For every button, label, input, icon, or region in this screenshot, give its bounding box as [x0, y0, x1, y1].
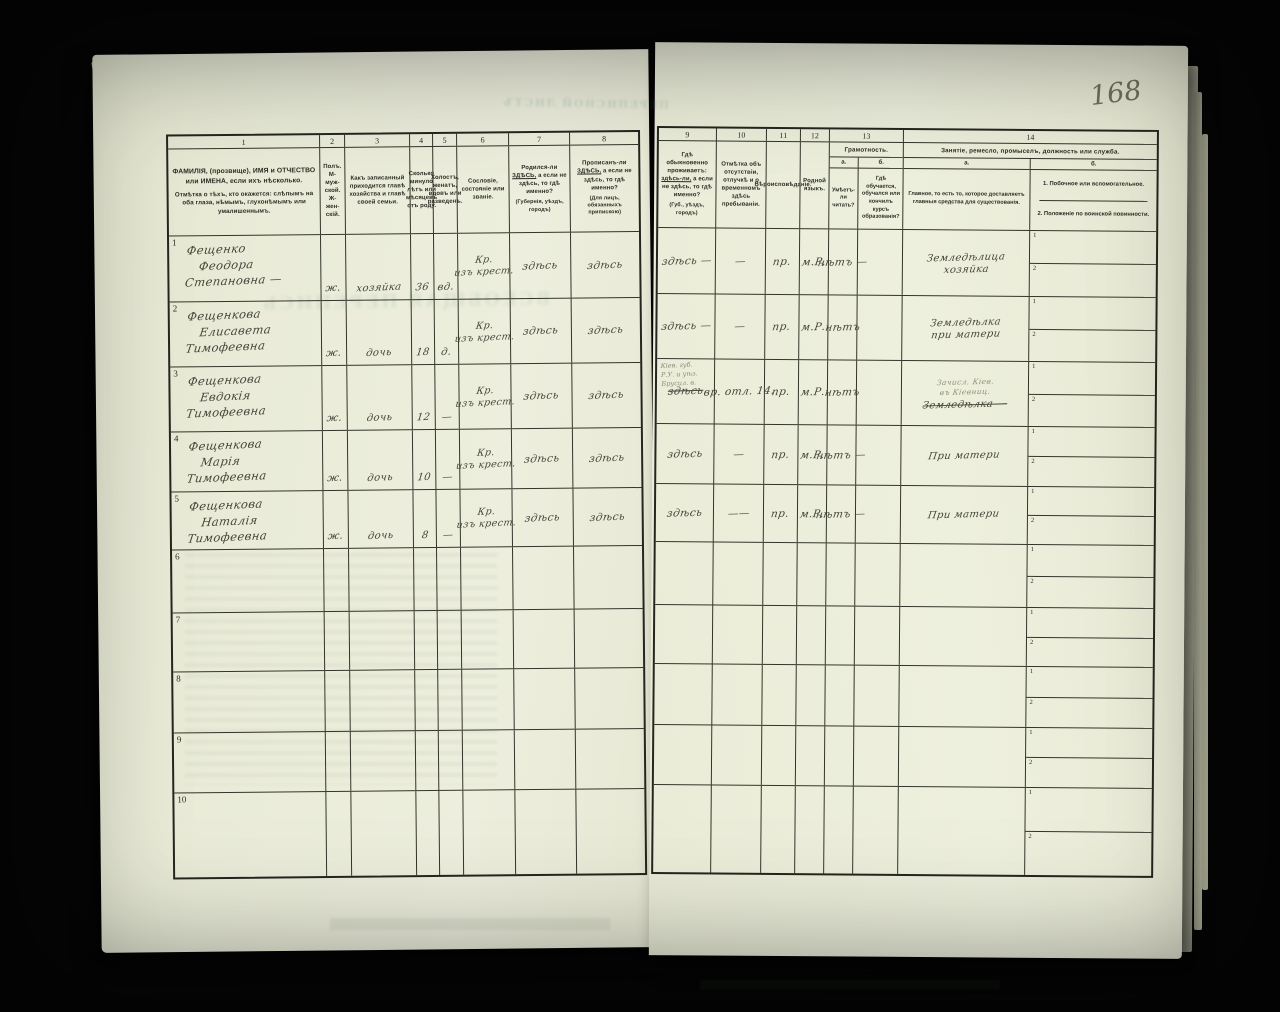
stamp-annotation: Кіев. губ. Р.У. и уѣз. Брусил. в.	[660, 360, 698, 388]
subcell-military-duty: 2	[1026, 758, 1152, 788]
name-handwriting	[173, 612, 324, 622]
cell-occupation-secondary: 1 2	[1028, 427, 1154, 487]
name-handwriting	[172, 549, 323, 559]
cell-age	[416, 791, 440, 875]
surname	[191, 674, 325, 680]
column-header-born-here: Родился-ли ЗДѢСЬ, а если не здѣсь, то гд…	[509, 146, 571, 233]
cell-resides	[653, 785, 712, 872]
col-num: 4	[410, 134, 433, 146]
cell-religion: пр.	[764, 425, 798, 484]
column-header-marital: Холостъ, женатъ, вдовъ или разведенъ.	[433, 147, 458, 233]
column-header-sex: Полъ. М-муж-ской. Ж-жен-скій.	[320, 148, 346, 234]
cell-literacy: нѣтъ —	[827, 425, 856, 484]
column-group-literacy: Грамотность. а. б. Умѣетъ-ли читать? Гдѣ…	[829, 142, 904, 229]
cell-language	[797, 543, 826, 605]
cell-estate: Кр. изъ крест.	[459, 299, 512, 363]
row-number: 2	[173, 303, 178, 313]
given-name	[204, 797, 326, 802]
cell-registered-here	[575, 609, 644, 668]
subcell-military-duty: 2	[1026, 697, 1152, 727]
patronymic	[190, 799, 326, 805]
header-text: Умѣетъ-ли читать?	[829, 168, 858, 228]
cell-religion	[761, 786, 796, 873]
cell-religion	[762, 665, 796, 725]
faint-note: въ Кіевниц.	[939, 386, 991, 396]
surname	[190, 552, 324, 558]
name-handwriting: Фещенкова Марія Тимофеевна	[171, 431, 322, 483]
surname	[190, 615, 324, 621]
cell-sex	[324, 549, 350, 611]
subcell-military-duty: 2	[1027, 576, 1153, 607]
cell-born-here	[514, 610, 576, 669]
cell-name: 10	[174, 792, 327, 877]
cell-age: 12	[412, 365, 436, 429]
cell-relation: дочь	[347, 300, 413, 365]
cell-occupation: Зачисл. Кіев. въ Кіевниц. Земледѣлка —	[902, 361, 1029, 426]
cell-name: 3 Фещенкова Евдокія Тимофеевна	[170, 366, 323, 431]
cell-absence: вр. отл. 14.	[715, 359, 766, 423]
col-num: 5	[433, 134, 457, 146]
patronymic	[190, 739, 326, 745]
cell-age	[415, 670, 439, 730]
stacked-page-edge	[1202, 134, 1208, 890]
folio-number: 168	[1088, 75, 1143, 112]
given-name	[204, 737, 326, 742]
table-row-right: Кіев. губ. Р.У. и уѣз. Брусил. в. здѣсь …	[657, 359, 1155, 428]
cell-occupation	[900, 607, 1027, 666]
table-header-left: 1 2 3 4 5 6 7 8 ФАМИЛІЯ, (прозвище), ИМЯ…	[168, 132, 639, 237]
subcell-side-occupation: 1	[1026, 728, 1152, 759]
cell-sex: ж.	[323, 491, 349, 548]
row-number: 8	[176, 673, 181, 683]
table-row-left: 5 Фещенкова Наталія Тимофеевна ж. дочь 8…	[171, 488, 642, 551]
subcolumn-letters: а. б.	[830, 157, 903, 169]
cell-resides	[654, 725, 712, 784]
table-header-right: 9 10 11 12 13 14 Гдѣ обыкновенно прожива…	[658, 128, 1157, 232]
cell-occupation-secondary: 1 2	[1029, 297, 1155, 362]
cell-relation	[351, 791, 417, 876]
table-row-left: 4 Фещенкова Марія Тимофеевна ж. дочь 10 …	[171, 428, 642, 493]
cell-registered-here: здѣсь	[572, 298, 641, 363]
table-row-right: здѣсь — — пр. м.Р. нѣтъ Земледѣлка при м…	[657, 294, 1155, 363]
cell-literacy: нѣтъ —	[827, 485, 856, 542]
cell-occupation	[899, 727, 1026, 787]
group-title: Грамотность.	[830, 142, 903, 158]
cell-born-here: здѣсь	[512, 489, 574, 547]
subcell-side-occupation: 1	[1029, 297, 1155, 330]
col-num: 9	[659, 128, 717, 140]
table-row-left: 10	[174, 789, 645, 878]
faint-note: Зачисл. Кіев.	[936, 376, 995, 387]
table-body-right: здѣсь — — пр. м.Р. нѣтъ — Земледѣлица хо…	[653, 228, 1156, 876]
cell-absence	[712, 725, 762, 784]
column-group-occupation: Занятіе, ремесло, промыселъ, должность и…	[903, 143, 1157, 231]
header-text: 1. Побочное или вспомогательное.	[1039, 170, 1148, 201]
cell-name: 7	[173, 612, 326, 671]
subcell-side-occupation: 1	[1027, 667, 1153, 698]
cell-estate	[463, 790, 516, 874]
patronymic	[188, 556, 324, 562]
row-number: 3	[173, 368, 178, 378]
header-note: (Губернія, уѣздъ, городъ)	[512, 199, 568, 214]
cell-relation: хозяйка	[346, 234, 412, 300]
cell-language	[795, 786, 825, 873]
name-handwriting: Фещенко Феодора Степановна —	[169, 235, 320, 287]
cell-estate	[462, 669, 515, 729]
table-row-right: 1 2	[655, 605, 1153, 668]
subcol-a: а.	[830, 157, 859, 167]
subcol-b: б.	[859, 158, 904, 168]
cell-religion: пр.	[766, 229, 801, 294]
cell-marital	[439, 791, 464, 875]
name-handwriting: Фещенкова Евдокія Тимофеевна	[170, 366, 321, 418]
subcell-military-duty: 2	[1027, 637, 1153, 666]
table-row-right: 1 2	[654, 725, 1152, 789]
cell-relation	[350, 670, 416, 731]
cell-marital: —	[436, 430, 461, 489]
subcell-military-duty: 2	[1030, 264, 1156, 297]
cell-born-here	[515, 730, 577, 790]
cell-sex: ж.	[323, 431, 349, 490]
census-table-right: 9 10 11 12 13 14 Гдѣ обыкновенно прожива…	[651, 126, 1159, 878]
given-name	[203, 676, 325, 681]
cell-sex	[326, 732, 352, 791]
cell-registered-here	[576, 729, 645, 789]
cell-religion: пр.	[765, 295, 800, 359]
col-num: 11	[767, 129, 801, 141]
cell-marital: —	[436, 490, 461, 547]
cell-relation	[350, 611, 416, 670]
column-header-name: ФАМИЛІЯ, (прозвище), ИМЯ и ОТЧЕСТВО или …	[168, 148, 321, 235]
secondary-occupation-labels: 1. Побочное или вспомогательное. 2. Поло…	[1030, 170, 1156, 231]
given-name	[202, 617, 324, 622]
column-header-relation: Какъ записанный приходится главѣ хозяйст…	[345, 147, 411, 234]
cell-occupation	[898, 787, 1026, 875]
cell-sex: ж.	[322, 366, 348, 430]
cell-occupation: При матери	[901, 426, 1028, 486]
row-number: 7	[176, 614, 181, 624]
name-handwriting	[173, 671, 324, 681]
table-row-right: здѣсь — — пр. м.Р. нѣтъ — Земледѣлица хо…	[658, 228, 1157, 298]
cell-registered-here	[576, 789, 645, 874]
cell-education	[854, 666, 899, 726]
cell-registered-here: здѣсь	[573, 428, 642, 488]
cell-language	[796, 726, 825, 785]
row-number: 6	[175, 551, 180, 561]
cell-estate: Кр. изъ крест.	[458, 233, 511, 298]
cell-absence: —	[716, 228, 767, 293]
cell-religion: пр.	[764, 485, 798, 542]
cell-occupation-secondary: 1 2	[1028, 487, 1154, 545]
subcell-military-duty: 2	[1029, 394, 1155, 426]
cell-name: 6	[172, 549, 325, 612]
header-text: Гдѣ обучается, обучался или кончилъ курс…	[858, 169, 903, 229]
subcol-a: а.	[904, 158, 1031, 169]
bleedthrough-smudge	[700, 980, 1000, 990]
cell-literacy	[826, 606, 855, 664]
cell-born-here: здѣсь	[511, 364, 573, 429]
cell-born-here: здѣсь	[510, 233, 572, 299]
cell-resides: здѣсь	[656, 424, 714, 483]
cell-estate	[462, 610, 515, 668]
surname	[191, 735, 325, 741]
patronymic	[189, 678, 325, 684]
cell-registered-here: здѣсь	[573, 488, 642, 546]
table-body-left: 1 Фещенко Феодора Степановна — ж. хозяйк…	[169, 232, 645, 877]
col-num: 1	[168, 135, 320, 148]
cell-literacy	[824, 786, 854, 873]
cell-occupation-secondary: 1 2	[1027, 608, 1153, 667]
cell-language: м.Р.	[799, 360, 829, 424]
column-labels-row: ФАМИЛІЯ, (прозвище), ИМЯ и ОТЧЕСТВО или …	[168, 145, 639, 236]
col-num: 6	[457, 133, 509, 145]
cell-sex: ж.	[321, 235, 347, 300]
subcell-side-occupation: 1	[1027, 608, 1153, 638]
cell-sex: ж.	[322, 301, 348, 365]
col-num: 7	[509, 133, 570, 146]
cell-marital	[438, 670, 463, 730]
cell-education	[856, 486, 901, 543]
cell-language: м.Р.	[799, 295, 829, 359]
cell-marital	[438, 611, 463, 669]
cell-literacy	[826, 543, 855, 605]
cell-born-here	[513, 547, 575, 610]
cell-estate	[463, 730, 516, 789]
cell-name: 4 Фещенкова Марія Тимофеевна	[171, 431, 324, 491]
cell-name: 2 Фещенкова Елисавета Тимофеевна	[170, 301, 323, 366]
cell-age	[415, 611, 439, 669]
cell-estate	[461, 547, 514, 609]
subcell-military-duty: 2	[1029, 329, 1155, 361]
cell-language	[796, 665, 825, 725]
cell-occupation	[899, 666, 1026, 727]
col-num: 3	[345, 134, 410, 147]
cell-occupation: Земледѣлка при матери	[902, 296, 1029, 361]
cell-language	[797, 606, 826, 664]
cell-occupation	[900, 544, 1027, 607]
row-number: 4	[174, 433, 179, 443]
cell-registered-here: здѣсь	[572, 363, 641, 428]
cell-literacy: нѣтъ	[828, 295, 858, 359]
cell-sex	[326, 792, 352, 876]
header-text: ФАМИЛІЯ, (прозвище), ИМЯ и ОТЧЕСТВО или …	[171, 167, 316, 187]
subcell-side-occupation: 1	[1025, 788, 1151, 833]
cell-marital: вд.	[434, 234, 459, 299]
subcell-military-duty: 2	[1028, 457, 1154, 487]
column-header-language: Родной языкъ.	[800, 142, 830, 228]
header-text: Отмѣтка о тѣхъ, кто окажется: слѣпымъ на…	[172, 190, 317, 217]
cell-occupation-secondary: 1 2	[1026, 667, 1152, 728]
column-header-resides: Гдѣ обыкновенно проживаетъ: здѣсь-ли, а …	[658, 141, 717, 227]
cell-age: 8	[413, 490, 437, 547]
column-header-estate: Сословіе, состояніе или званіе.	[457, 146, 510, 232]
row-number: 1	[172, 237, 177, 247]
name-handwriting	[174, 792, 325, 802]
cell-literacy	[825, 665, 854, 725]
subcolumn-labels: Умѣетъ-ли читать? Гдѣ обучается, обучалс…	[829, 168, 902, 229]
header-note: (Для лицъ, обязанныхъ припискою)	[573, 195, 637, 218]
table-row-left: 2 Фещенкова Елисавета Тимофеевна ж. дочь…	[170, 298, 641, 368]
subcell-side-occupation: 1	[1028, 427, 1154, 458]
cell-age: 10	[413, 430, 437, 489]
photograph-of-census-book: ПЕРЕПИСНОЙ ЛИСТЪ ВСЕОБЩАЯ ПЕРЕПИСЬ 168 1…	[0, 0, 1280, 1012]
table-row-right: 1 2	[655, 542, 1153, 609]
header-text: Полъ. М-муж-ской. Ж-жен-скій.	[322, 163, 343, 220]
subcolumn-labels: Главное, то есть то, которое доставляетъ…	[903, 169, 1156, 231]
cell-registered-here: здѣсь	[571, 232, 640, 298]
name-handwriting: Фещенкова Елисавета Тимофеевна	[170, 301, 321, 353]
cell-religion: пр.	[765, 360, 800, 424]
cell-resides: здѣсь	[656, 484, 714, 541]
col-num: 8	[570, 132, 638, 145]
name-handwriting: Фещенкова Наталія Тимофеевна	[171, 491, 322, 543]
column-header-religion: Вѣроисповѣданіе.	[766, 142, 801, 228]
cell-occupation-secondary: 1 2	[1029, 362, 1155, 427]
table-row-left: 8	[173, 668, 644, 734]
cell-name: 5 Фещенкова Наталія Тимофеевна	[171, 491, 324, 549]
cell-born-here: здѣсь	[511, 299, 573, 364]
table-row-left: 7	[173, 609, 644, 673]
cell-occupation-secondary: 1 2	[1027, 545, 1153, 608]
cell-occupation: При матери	[901, 486, 1028, 544]
header-text: Гдѣ обыкновенно проживаетъ: здѣсь-ли, а …	[660, 151, 713, 200]
cell-registered-here	[575, 668, 644, 729]
subcell-military-duty: 2	[1028, 516, 1154, 545]
cell-education	[856, 426, 901, 485]
cell-absence: —	[714, 424, 764, 483]
row-number: 5	[174, 493, 179, 503]
table-row-right: 1 2	[653, 785, 1152, 876]
cell-literacy: нѣтъ	[828, 360, 858, 424]
cell-absence	[712, 664, 762, 724]
subcell-military-duty: 2	[1025, 832, 1151, 876]
header-text: Родной языкъ.	[802, 177, 826, 193]
cell-name: 1 Фещенко Феодора Степановна —	[169, 235, 322, 301]
cell-sex	[325, 671, 351, 731]
cell-religion	[762, 726, 796, 785]
cell-occupation-secondary: 1 2	[1030, 231, 1157, 297]
given-name	[202, 554, 324, 559]
cell-absence	[713, 542, 763, 604]
census-table-left: 1 2 3 4 5 6 7 8 ФАМИЛІЯ, (прозвище), ИМЯ…	[166, 130, 647, 880]
column-header-registered-here: Прописанъ-ли ЗДѢСЬ, а если не здѣсь, то …	[570, 145, 639, 232]
col-num: 10	[717, 128, 767, 140]
cell-estate: Кр. изъ крест.	[459, 364, 512, 428]
cell-relation	[349, 548, 415, 611]
cell-resides: здѣсь —	[657, 294, 716, 358]
row-number: 10	[177, 794, 186, 804]
cell-marital: д.	[435, 300, 460, 364]
cell-resides	[655, 542, 713, 604]
cell-occupation-secondary: 1 2	[1026, 728, 1152, 788]
cell-age: 36	[411, 234, 435, 299]
subcell-side-occupation: 1	[1027, 545, 1153, 577]
cell-education	[854, 727, 899, 786]
cell-absence	[713, 605, 763, 663]
surname	[192, 795, 326, 801]
stacked-page-edge	[1194, 92, 1202, 930]
cell-resides: здѣсь —	[658, 228, 717, 293]
header-note: (Губ., уѣздъ, городъ)	[660, 203, 713, 218]
header-text: Главное, то есть то, которое доставляетъ…	[903, 169, 1030, 230]
cell-occupation-secondary: 1 2	[1025, 788, 1152, 876]
subcol-b: б.	[1031, 159, 1157, 170]
cell-marital: —	[435, 365, 460, 429]
header-text: Родился-ли ЗДѢСЬ, а если не здѣсь, то гд…	[511, 164, 567, 197]
cell-sex	[325, 612, 351, 670]
subcell-side-occupation: 1	[1030, 231, 1156, 265]
cell-education	[855, 544, 900, 606]
cell-age: 18	[412, 300, 436, 364]
struck-entry: Земледѣлка —	[922, 398, 1008, 411]
cell-resides	[654, 664, 712, 724]
table-row-left: 6	[172, 546, 643, 614]
cell-education	[855, 607, 900, 665]
cell-relation: дочь	[347, 365, 413, 430]
cell-age	[416, 731, 440, 790]
col-num: 2	[320, 135, 345, 147]
table-row-left: 3 Фещенкова Евдокія Тимофеевна ж. дочь 1…	[170, 363, 641, 433]
patronymic	[188, 619, 324, 625]
header-text: 2. Положеніе по воинской повинности.	[1033, 200, 1153, 230]
cell-resides	[655, 605, 713, 663]
cell-education	[858, 230, 904, 295]
header-text: Сословіе, состояніе или званіе.	[459, 177, 506, 202]
cell-marital	[437, 548, 462, 610]
cell-marital	[439, 731, 464, 790]
table-row-right: здѣсь —— пр. м.Р. нѣтъ — При матери 1 2	[656, 484, 1154, 546]
cell-born-here: здѣсь	[512, 429, 574, 489]
cell-relation: дочь	[348, 430, 414, 490]
cell-education	[853, 787, 899, 874]
cell-registered-here	[574, 546, 643, 609]
cell-age	[414, 548, 438, 610]
table-row-left: 1 Фещенко Феодора Степановна — ж. хозяйк…	[169, 232, 640, 303]
header-text: Какъ записанный приходится главѣ хозяйст…	[347, 174, 407, 207]
col-num: 12	[801, 129, 830, 141]
column-labels-row: Гдѣ обыкновенно проживаетъ: здѣсь-ли, а …	[658, 141, 1157, 231]
cell-religion	[763, 543, 797, 605]
table-row-right: 1 2	[654, 664, 1152, 729]
col-num: 14	[904, 130, 1157, 144]
cell-name: 9	[174, 732, 327, 792]
row-number: 9	[177, 734, 182, 744]
cell-estate: Кр. изъ крест.	[460, 489, 513, 546]
table-row-left: 9	[174, 729, 645, 794]
header-text: Прописанъ-ли ЗДѢСЬ, а если не здѣсь, то …	[572, 159, 636, 192]
cell-born-here	[515, 790, 577, 875]
cell-relation: дочь	[348, 490, 414, 548]
table-row-right: здѣсь — пр. м.Р. нѣтъ — При матери 1 2	[656, 424, 1154, 488]
cell-occupation: Земледѣлица хозяйка	[903, 230, 1031, 296]
cell-born-here	[514, 669, 576, 730]
subcell-side-occupation: 1	[1029, 362, 1155, 395]
cell-education	[857, 361, 903, 425]
cell-education	[857, 296, 903, 360]
col-num: 13	[830, 129, 904, 142]
name-handwriting	[174, 732, 325, 742]
cell-absence	[711, 785, 762, 872]
cell-name: 8	[173, 671, 326, 732]
cell-relation	[351, 731, 417, 791]
subcell-side-occupation: 1	[1028, 487, 1154, 517]
cell-absence: ——	[714, 484, 764, 541]
cell-literacy	[825, 726, 854, 785]
cell-absence: —	[715, 294, 766, 358]
cell-literacy: нѣтъ —	[829, 229, 859, 294]
cell-estate: Кр. изъ крест.	[460, 429, 513, 488]
cell-religion	[763, 606, 797, 664]
